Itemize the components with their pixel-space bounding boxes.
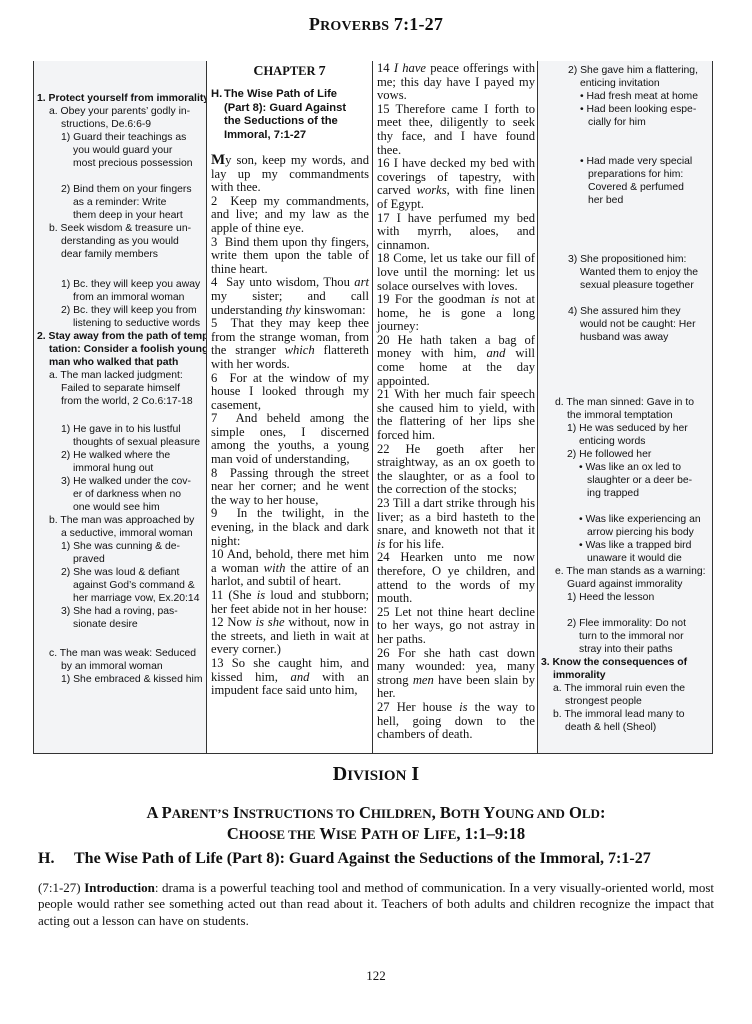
scripture-column-2: 14 I have peace offerings with me; this … (373, 61, 538, 753)
outline-line: 1) Bc. they will keep you away (61, 279, 200, 292)
outline-line: cially for him (588, 117, 646, 130)
verse: 7 And beheld among the simple ones, I di… (211, 412, 369, 466)
verse: 8 Passing through the street near her co… (211, 467, 369, 508)
division-heading: DIVISION I (0, 763, 752, 786)
outline-line: them deep in your heart (73, 210, 183, 223)
outline-line: strongest people (565, 696, 642, 709)
outline-line: unaware it would die (587, 553, 682, 566)
outline-line: Guard against immorality (567, 579, 683, 592)
intro-label: Introduction (84, 880, 155, 895)
page-number: 122 (0, 968, 752, 984)
outline-line: enticing words (579, 436, 645, 449)
outline-line: 1) He gave in to his lustful (61, 424, 181, 437)
outline-line: b. The immoral lead many to (553, 709, 684, 722)
outline-line: a. The man lacked judgment: (49, 370, 183, 383)
outline-line: • Was like a trapped bird (579, 540, 691, 553)
verse: 19 For the goodman is not at home, he is… (377, 293, 535, 334)
outline-line: thoughts of sexual pleasure (73, 437, 200, 450)
outline-line: 3) She had a roving, pas- (61, 606, 178, 619)
outline-line: 1) She embraced & kissed him (61, 674, 203, 687)
outline-line: Covered & perfumed (588, 182, 684, 195)
outline-line: immoral hung out (73, 463, 153, 476)
chapter-word: HAPTER (263, 64, 315, 78)
outline-line: • Had made very special (580, 156, 692, 169)
intro-reference: (7:1-27) (38, 880, 81, 895)
verse: 22 He goeth after her straightway, as an… (377, 443, 535, 497)
verse: 10 And, behold, there met him a woman wi… (211, 548, 369, 589)
outline-line: • Had been looking espe- (580, 104, 696, 117)
chapter-heading: CHAPTER 7 (207, 64, 372, 80)
outline-line: a. The immoral ruin even the (553, 683, 685, 696)
outline-line: tation: Consider a foolish young (49, 344, 207, 357)
outline-line: preparations for him: (588, 169, 683, 182)
outline-line: from the world, 2 Co.6:17-18 (61, 396, 193, 409)
verse: 15 Therefore came I forth to meet thee, … (377, 103, 535, 157)
verse: 27 Her house is the way to hell, going d… (377, 701, 535, 742)
outline-line: sionate desire (73, 619, 138, 632)
section-h-title: The Wise Path of Life (Part 8): Guard Ag… (74, 850, 651, 867)
running-head-initial: P (309, 14, 320, 34)
verse: 6 For at the window of my house I looked… (211, 372, 369, 413)
running-head: PROVERBS 7:1-27 (0, 14, 752, 35)
outline-line: e. The man stands as a warning: (555, 566, 706, 579)
division-initial: D (333, 763, 347, 785)
outline-line: 2) Bc. they will keep you from (61, 305, 197, 318)
outline-line: derstanding as you would (61, 236, 179, 249)
outline-line: husband was away (580, 332, 668, 345)
division-number: I (411, 763, 419, 785)
verse-block-2: 14 I have peace offerings with me; this … (377, 62, 535, 742)
verse: 23 Till a dart strike through his liver;… (377, 497, 535, 551)
verse-block-1: My son, keep my words, and lay up my com… (211, 154, 369, 698)
outline-line: 3. Know the consequences of (541, 657, 687, 670)
outline-line: death & hell (Sheol) (565, 722, 656, 735)
outline-line: listening to seductive words (73, 318, 200, 331)
outline-line: 1) She was cunning & de- (61, 541, 180, 554)
chapter-initial: C (253, 64, 263, 79)
outline-line: a seductive, immoral woman (61, 528, 193, 541)
division-subtitle-line-1: A PARENT’S INSTRUCTIONS TO CHILDREN, BOT… (0, 803, 752, 824)
section-h-heading: H.The Wise Path of Life (Part 8): Guard … (38, 850, 718, 868)
verse: 26 For she hath cast down many wounded: … (377, 647, 535, 701)
verse: 24 Hearken unto me now therefore, O ye c… (377, 551, 535, 605)
outline-line: 2) She gave him a flattering, (568, 65, 698, 78)
scripture-column-1: CHAPTER 7 H. The Wise Path of Life (Part… (207, 61, 373, 753)
outline-line: 3) He walked under the cov- (61, 476, 191, 489)
outline-line: 2) Bind them on your fingers (61, 184, 192, 197)
verse: My son, keep my words, and lay up my com… (211, 154, 369, 195)
division-subtitle-line-2: CHOOSE THE WISE PATH OF LIFE, 1:1–9:18 (0, 824, 752, 845)
outline-line: one would see him (73, 502, 160, 515)
outline-line: you would guard your (73, 145, 172, 158)
outline-line: stray into their paths (579, 644, 673, 657)
outline-line: by an immoral woman (61, 661, 163, 674)
running-head-ref: 7:1-27 (394, 14, 443, 34)
division-subtitle: A PARENT’S INSTRUCTIONS TO CHILDREN, BOT… (0, 803, 752, 845)
verse: 16 I have decked my bed with coverings o… (377, 157, 535, 211)
outline-line: d. The man sinned: Gave in to (555, 397, 694, 410)
outline-line: 1) He was seduced by her (567, 423, 688, 436)
introduction-paragraph: (7:1-27) Introduction: drama is a powerf… (38, 880, 714, 929)
outline-line: a. Obey your parents’ godly in- (49, 106, 190, 119)
verse: 18 Come, let us take our fill of love un… (377, 252, 535, 293)
verse: 11 (She is loud and stubborn; her feet a… (211, 589, 369, 616)
outline-line: praved (73, 554, 105, 567)
outline-line: b. The man was approached by (49, 515, 194, 528)
outline-line: 2) She was loud & defiant (61, 567, 179, 580)
outline-line: from an immoral woman (73, 292, 184, 305)
verse: 14 I have peace offerings with me; this … (377, 62, 535, 103)
outline-line: the immoral temptation (567, 410, 673, 423)
outline-line: her marriage vow, Ex.20:14 (73, 593, 199, 606)
outline-line: 2. Stay away from the path of temp- (37, 331, 207, 344)
chapter-number: 7 (319, 64, 326, 79)
outline-line: 2) He walked where the (61, 450, 170, 463)
outline-line: 1) Guard their teachings as (61, 132, 186, 145)
section-h-letter: H. (38, 850, 74, 868)
verse: 5 That they may keep thee from the stran… (211, 317, 369, 371)
verse: 21 With her much fair speech she caused … (377, 388, 535, 442)
outline-line: sexual pleasure together (580, 280, 694, 293)
section-title-line: The Wise Path of Life (224, 88, 369, 102)
outline-line: dear family members (61, 249, 158, 262)
section-title: The Wise Path of Life (Part 8): Guard Ag… (224, 88, 369, 142)
outline-line: Failed to separate himself (61, 383, 180, 396)
outline-line: • Was like experiencing an (579, 514, 701, 527)
outline-line: • Had fresh meat at home (580, 91, 698, 104)
outline-line: b. Seek wisdom & treasure un- (49, 223, 191, 236)
verse: 17 I have perfumed my bed with myrrh, al… (377, 212, 535, 253)
section-letter: H. (211, 88, 222, 102)
outline-line: man who walked that path (49, 357, 178, 370)
outline-line: 4) She assured him they (568, 306, 681, 319)
outline-right-column: 2) She gave him a flattering,enticing in… (538, 61, 712, 753)
outline-line: turn to the immoral nor (579, 631, 684, 644)
section-title-line: the Seductions of the (224, 115, 369, 129)
outline-line: would not be caught: Her (580, 319, 696, 332)
outline-line: structions, De.6:6-9 (61, 119, 151, 132)
study-table: 1. Protect yourself from immoralitya. Ob… (33, 61, 713, 754)
outline-line: • Was like an ox led to (579, 462, 681, 475)
verse: 2 Keep my commandments, and live; and my… (211, 195, 369, 236)
outline-line: 2) He followed her (567, 449, 651, 462)
verse: 4 Say unto wisdom, Thou art my sister; a… (211, 276, 369, 317)
outline-line: as a reminder: Write (73, 197, 166, 210)
outline-line: her bed (588, 195, 623, 208)
outline-line: slaughter or a deer be- (587, 475, 692, 488)
verse: 9 In the twilight, in the evening, in th… (211, 507, 369, 548)
outline-line: 1. Protect yourself from immorality (37, 93, 207, 106)
verse: 13 So she caught him, and kissed him, an… (211, 657, 369, 698)
outline-line: 1) Heed the lesson (567, 592, 654, 605)
outline-line: against God’s command & (73, 580, 195, 593)
verse: 3 Bind them upon thy fingers, write them… (211, 236, 369, 277)
section-title-line: (Part 8): Guard Against (224, 102, 369, 116)
running-head-book: ROVERBS (320, 19, 389, 34)
outline-line: arrow piercing his body (587, 527, 694, 540)
section-title-line: Immoral, 7:1-27 (224, 129, 369, 143)
verse: 12 Now is she without, now in the street… (211, 616, 369, 657)
outline-line: enticing invitation (580, 78, 660, 91)
outline-line: ing trapped (587, 488, 639, 501)
outline-line: most precious possession (73, 158, 193, 171)
outline-line: c. The man was weak: Seduced (49, 648, 196, 661)
outline-line: immorality (553, 670, 606, 683)
outline-line: 3) She propositioned him: (568, 254, 686, 267)
division-word: IVISION (347, 768, 406, 784)
section-heading: H. The Wise Path of Life (Part 8): Guard… (211, 88, 369, 142)
outline-line: Wanted them to enjoy the (580, 267, 698, 280)
verse: 20 He hath taken a bag of money with him… (377, 334, 535, 388)
outline-line: 2) Flee immorality: Do not (567, 618, 686, 631)
outline-left-column: 1. Protect yourself from immoralitya. Ob… (34, 61, 207, 753)
verse: 25 Let not thine heart decline to her wa… (377, 606, 535, 647)
outline-line: er of darkness when no (73, 489, 181, 502)
